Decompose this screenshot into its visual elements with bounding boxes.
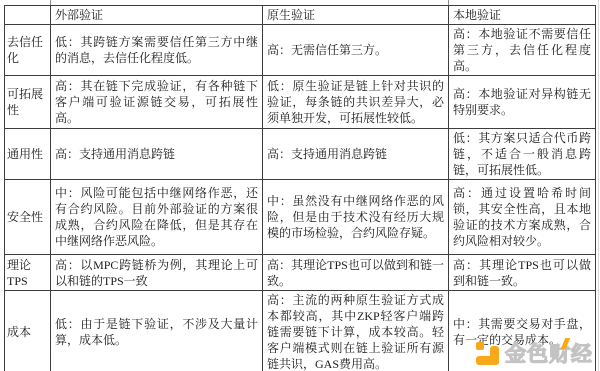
cell-tps-native: 高：其理论TPS也可以做到和链一致。 (263, 255, 449, 291)
image-edge-line (598, 0, 599, 371)
row-security: 安全性 中：风险可能包括中继网络作恶，还有合约风险。目前外部验证的方案很成熟，合… (5, 180, 596, 255)
row-universality: 通用性 高：支持通用消息跨链 高：支持通用消息跨链 低：其方案只适合代币跨链，不… (5, 129, 596, 180)
jinse-finance-logo-icon (476, 342, 499, 365)
row-label-universality: 通用性 (5, 129, 51, 180)
cell-cost-native: 高：主流的两种原生验证方式成本都较高，其中ZKP轻客户端跨链需要链下计算，成本较… (263, 291, 449, 371)
row-trustlessness: 去信任化 低：其跨链方案需要信任第三方中继的消息，去信任化程度低。 高：无需信任… (5, 25, 596, 76)
cell-scalability-local: 高：本地验证对异构链无特别要求。 (449, 76, 596, 129)
corner-cell (5, 6, 51, 25)
cell-universality-local: 低：其方案只适合代币跨链，不适合一般消息跨链，可拓展性低。 (449, 129, 596, 180)
cell-universality-native: 高：支持通用消息跨链 (263, 129, 449, 180)
column-header-native-verification: 原生验证 (263, 6, 449, 25)
logo-dot (476, 342, 484, 350)
row-scalability: 可拓展性 高：其在链下完成验证，有各种链下客户端可验证源链交易，可拓展性高。 低… (5, 76, 596, 129)
row-label-trustlessness: 去信任化 (5, 25, 51, 76)
table-screenshot: 外部验证 原生验证 本地验证 去信任化 低：其跨链方案需要信任第三方中继的消息，… (0, 0, 600, 371)
cell-universality-external: 高：支持通用消息跨链 (51, 129, 263, 180)
jinse-finance-watermark: 金色财经 (476, 338, 593, 368)
logo-bar-bottom (476, 356, 499, 365)
cell-trustlessness-local: 高：本地验证不需要信任第三方，去信任化程度高。 (449, 25, 596, 76)
cell-cost-external: 低：由于是链下验证，不涉及大量计算，成本低。 (51, 291, 263, 371)
cell-scalability-external: 高：其在链下完成验证，有各种链下客户端可验证源链交易，可拓展性高。 (51, 76, 263, 129)
column-header-local-verification: 本地验证 (449, 6, 596, 25)
header-row: 外部验证 原生验证 本地验证 (5, 6, 596, 25)
cell-scalability-native: 低：原生验证是链上针对共识的验证，每条链的共识差异大，必须单独开发，可拓展性较低… (263, 76, 449, 129)
row-label-theoretical-tps: 理论TPS (5, 255, 51, 291)
row-label-security: 安全性 (5, 180, 51, 255)
row-label-scalability: 可拓展性 (5, 76, 51, 129)
cell-trustlessness-native: 高：无需信任第三方。 (263, 25, 449, 76)
row-theoretical-tps: 理论TPS 高：以MPC跨链桥为例，其理论上可以和链的TPS一致 高：其理论TP… (5, 255, 596, 291)
row-label-cost: 成本 (5, 291, 51, 371)
verification-comparison-table: 外部验证 原生验证 本地验证 去信任化 低：其跨链方案需要信任第三方中继的消息，… (4, 5, 596, 371)
cell-trustlessness-external: 低：其跨链方案需要信任第三方中继的消息，去信任化程度低。 (51, 25, 263, 76)
cell-security-local: 高：通过设置哈希时间锁，其安全性高，且本地验证的技术方案成熟，合约风险相对较少。 (449, 180, 596, 255)
cell-tps-local: 高：其理论TPS也可以做到和链一致。 (449, 255, 596, 291)
watermark-brand-text: 金色财经 (505, 338, 593, 368)
cell-tps-external: 高：以MPC跨链桥为例，其理论上可以和链的TPS一致 (51, 255, 263, 291)
column-header-external-verification: 外部验证 (51, 6, 263, 25)
cell-security-external: 中：风险可能包括中继网络作恶，还有合约风险。目前外部验证的方案很成熟，合约风险在… (51, 180, 263, 255)
cell-security-native: 中：虽然没有中继网络作恶的风险，但是由于技术没有经历大规模的市场检验，合约风险存… (263, 180, 449, 255)
